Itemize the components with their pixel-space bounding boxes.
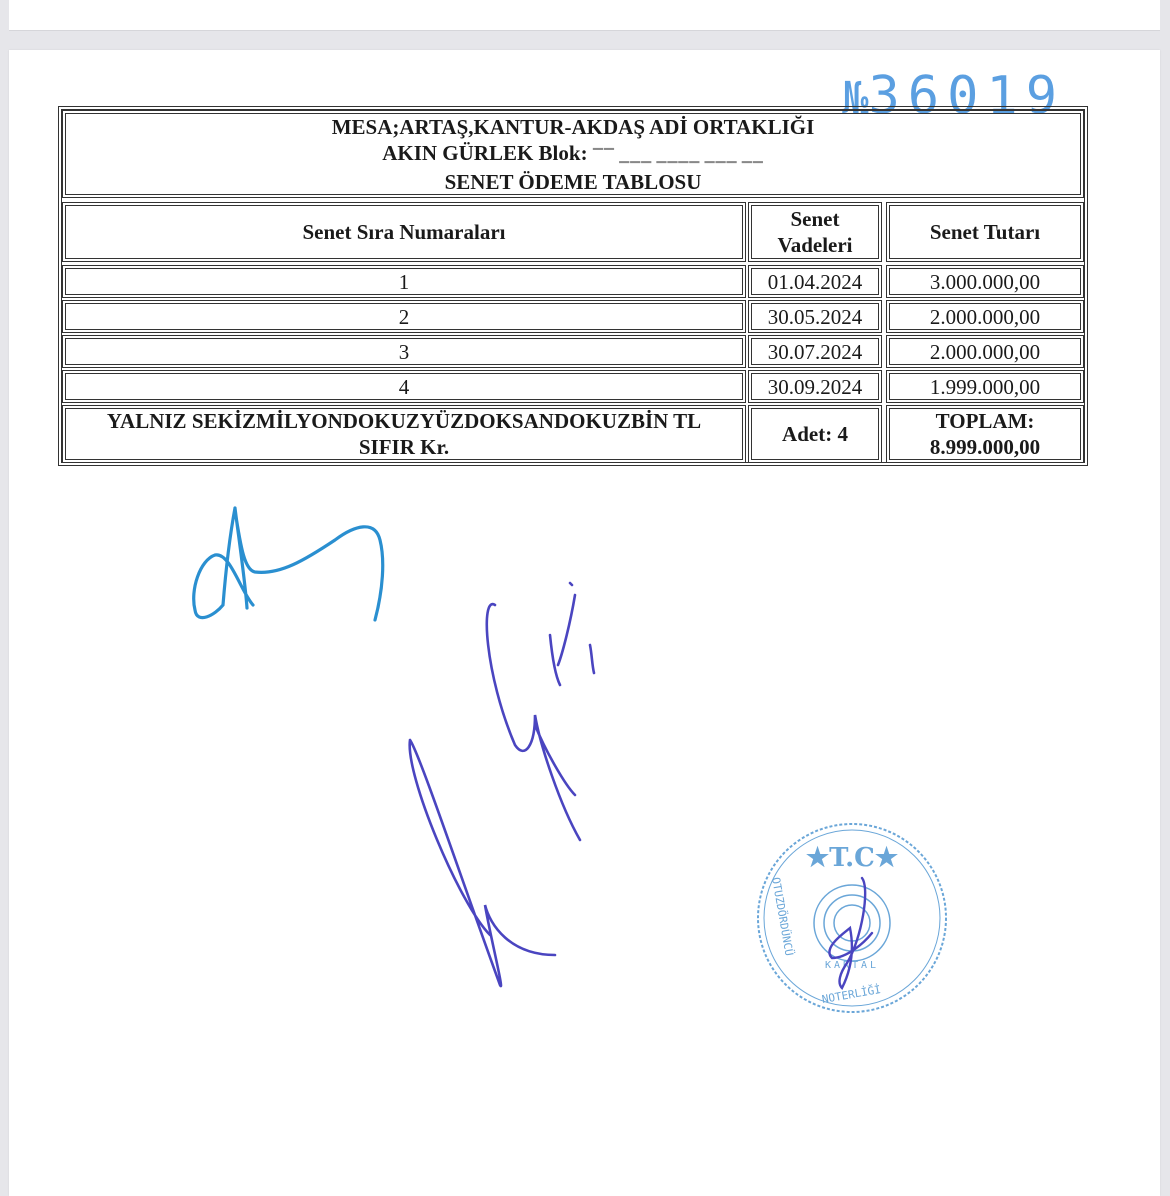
seal-center-text: KARTAL <box>825 960 879 971</box>
cell-due-date: 30.05.2024 <box>748 300 882 333</box>
block-line: AKIN GÜRLEK Blok: ▔▔ ▁▁▁ ▁▁▁▁ ▁▁▁ ▁▁ <box>382 140 764 169</box>
cell-amount: 2.000.000,00 <box>886 335 1084 368</box>
cell-amount: 1.999.000,00 <box>886 370 1084 403</box>
previous-page-edge <box>9 0 1160 31</box>
amount-in-words-line1: YALNIZ SEKİZMİLYONDOKUZYÜZDOKSANDOKUZBİN… <box>107 408 701 434</box>
document-title: MESA;ARTAŞ,KANTUR-AKDAŞ ADİ ORTAKLIĞI AK… <box>62 112 1084 196</box>
cell-due-date: 30.07.2024 <box>748 335 882 368</box>
note-count: Adet: 4 <box>748 405 882 463</box>
cell-due-date: 01.04.2024 <box>748 265 882 298</box>
cell-amount: 3.000.000,00 <box>886 265 1084 298</box>
seal-ring-left: OTUZDÖRDÜNCÜ <box>769 876 796 957</box>
total-value: 8.999.000,00 <box>930 434 1040 460</box>
cell-no: 4 <box>62 370 746 403</box>
signature-1 <box>185 500 395 640</box>
amount-in-words-line2: SIFIR Kr. <box>359 434 449 460</box>
seal-tc-text: ★T.C★ <box>806 843 899 873</box>
table-title: SENET ÖDEME TABLOSU <box>445 169 702 195</box>
signature-2 <box>400 575 620 995</box>
cell-no: 3 <box>62 335 746 368</box>
seal-ring-bottom: NOTERLİĞİ <box>821 983 882 1006</box>
redacted-text: ▔▔ ▁▁▁ ▁▁▁▁ ▁▁▁ ▁▁ <box>593 143 764 169</box>
notary-seal: ★T.C★ OTUZDÖRDÜNCÜ NOTERLİĞİ KARTAL <box>752 818 952 1018</box>
column-header-no: Senet Sıra Numaraları <box>62 202 746 262</box>
column-header-due: Senet Vadeleri <box>752 202 878 262</box>
block-label: AKIN GÜRLEK Blok: <box>382 141 587 165</box>
cell-due-date: 30.09.2024 <box>748 370 882 403</box>
cell-no: 2 <box>62 300 746 333</box>
total-label: TOPLAM: <box>936 408 1035 434</box>
company-name: MESA;ARTAŞ,KANTUR-AKDAŞ ADİ ORTAKLIĞI <box>332 114 815 140</box>
column-header-amount: Senet Tutarı <box>886 202 1084 262</box>
cell-no: 1 <box>62 265 746 298</box>
cell-amount: 2.000.000,00 <box>886 300 1084 333</box>
amount-in-words: YALNIZ SEKİZMİLYONDOKUZYÜZDOKSANDOKUZBİN… <box>62 405 746 463</box>
total-amount: TOPLAM: 8.999.000,00 <box>886 405 1084 463</box>
